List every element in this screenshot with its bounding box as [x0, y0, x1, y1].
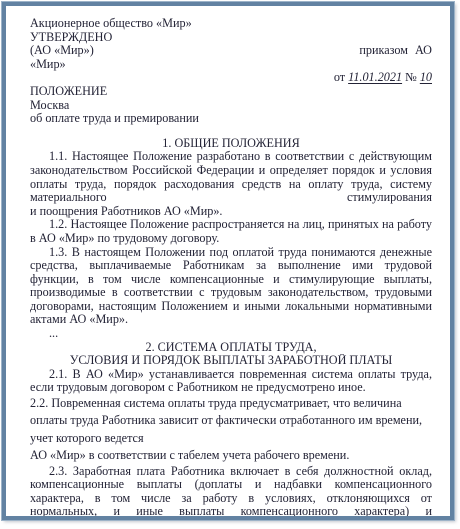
text-line: договорами, настоящим Положением и иными…	[30, 300, 432, 314]
text-line: средства, выплачиваемые Работникам за вы…	[30, 259, 432, 273]
text-line: материального стимулирования	[30, 191, 432, 205]
text-line: и поощрения Работников АО «Мир».	[30, 205, 432, 219]
text-line: если трудовым договором с Работником не …	[30, 381, 432, 395]
paragraph: 1.2. Настоящее Положение распространяетс…	[30, 218, 432, 245]
order-date: 11.01.2021	[348, 70, 402, 84]
text-line: производимые в соответствии с трудовым з…	[30, 286, 432, 300]
paragraph: 2.1. В АО «Мир» устанавливается повремен…	[30, 368, 432, 395]
text-line: компенсационные выплаты (доплаты и надба…	[30, 478, 432, 492]
company-short: «Мир»	[30, 58, 432, 72]
text-line: 2.1. В АО «Мир» устанавливается повремен…	[30, 368, 432, 382]
text-line: 1.2. Настоящее Положение распространяетс…	[30, 218, 432, 232]
text-line: 1. ОБЩИЕ ПОЛОЖЕНИЯ	[30, 137, 432, 151]
text-line: в АО «Мир» по трудовому договору.	[30, 232, 432, 246]
order-line: от 11.01.2021 № 10	[30, 71, 432, 85]
text-line: учет которого ведется	[30, 430, 432, 447]
text-line: УСЛОВИЯ И ПОРЯДОК ВЫПЛАТЫ ЗАРАБОТНОЙ ПЛА…	[30, 354, 432, 368]
section-heading: 1. ОБЩИЕ ПОЛОЖЕНИЯ	[30, 137, 432, 151]
doc-type-title: ПОЛОЖЕНИЕ	[30, 85, 432, 99]
doc-subject: об оплате труда и премировании	[30, 112, 432, 126]
text-line: 1.3. В настоящем Положении под оплатой т…	[30, 246, 432, 260]
text-line: функции, в том числе компенсационные и с…	[30, 273, 432, 287]
text-line: оплаты труда Работника зависит от фактич…	[30, 412, 432, 429]
text-line: характера, в том числе за работу в услов…	[30, 492, 432, 506]
company-name: Акционерное общество «Мир»	[30, 17, 432, 31]
doc-city: Москва	[30, 99, 432, 113]
paragraph: 1.1. Настоящее Положение разработано в с…	[30, 150, 432, 218]
approved-label: УТВЕРЖДЕНО	[30, 31, 432, 45]
text-line: 2. СИСТЕМА ОПЛАТЫ ТРУДА,	[30, 341, 432, 355]
text-line: нормальных, и иные выплаты компенсационн…	[30, 505, 432, 516]
approved-by-left: (АО «Мир»)	[30, 44, 94, 58]
text-line: законодательством Российской Федерации и…	[30, 164, 432, 178]
paragraph: 1.3. В настоящем Положении под оплатой т…	[30, 246, 432, 328]
order-prefix: от	[334, 70, 345, 84]
text-line: АО «Мир» в соответствии с табелем учета …	[30, 447, 432, 464]
order-number: 10	[420, 70, 432, 84]
approval-row: (АО «Мир») приказом АО	[30, 44, 432, 58]
order-number-sign: №	[405, 70, 417, 84]
approved-by-right: приказом АО	[359, 44, 432, 58]
text-line: ...	[30, 327, 432, 341]
text-line: 2.3. Заработная плата Работника включает…	[30, 465, 432, 479]
paragraph: ...	[30, 327, 432, 341]
document-frame: Акционерное общество «Мир» УТВЕРЖДЕНО (А…	[2, 2, 454, 520]
text-line: 1.1. Настоящее Положение разработано в с…	[30, 150, 432, 164]
document-header: Акционерное общество «Мир» УТВЕРЖДЕНО (А…	[30, 17, 432, 126]
paragraph: 2.2. Повременная система оплаты труда пр…	[30, 395, 432, 465]
document-body: 1. ОБЩИЕ ПОЛОЖЕНИЯ1.1. Настоящее Положен…	[30, 137, 432, 516]
text-line: 2.2. Повременная система оплаты труда пр…	[30, 395, 432, 412]
text-line: оплаты труда, порядок расходования средс…	[30, 178, 432, 192]
text-line: актами АО «Мир».	[30, 313, 432, 327]
section-heading: 2. СИСТЕМА ОПЛАТЫ ТРУДА,УСЛОВИЯ И ПОРЯДО…	[30, 341, 432, 368]
document-page: Акционерное общество «Мир» УТВЕРЖДЕНО (А…	[6, 6, 450, 516]
paragraph: 2.3. Заработная плата Работника включает…	[30, 465, 432, 516]
